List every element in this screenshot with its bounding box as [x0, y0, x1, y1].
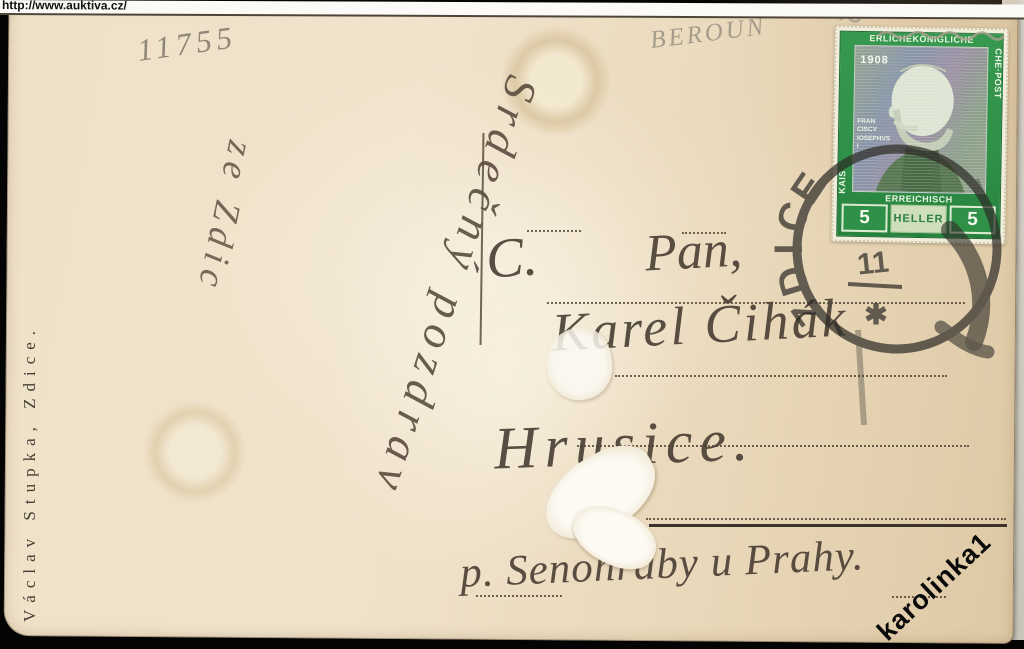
stamp-value-right: 5 — [949, 206, 995, 235]
stamp-value-row: 5 HELLER 5 — [841, 204, 995, 235]
stamp-frame: ERLICHEKÖNIGLICHE KAIS CHE·POST ERREICHI… — [836, 31, 1004, 240]
stamp-currency: HELLER — [890, 205, 946, 234]
paper-stain-left — [143, 400, 247, 504]
stamp-inscription-top: ERLICHEKÖNIGLICHE — [841, 34, 1003, 46]
emperor-portrait-icon — [853, 46, 988, 193]
postage-stamp: ERLICHEKÖNIGLICHE KAIS CHE·POST ERREICHI… — [831, 25, 1009, 244]
address-dotted-line — [646, 518, 1006, 520]
address-honorific: Pan, — [644, 220, 744, 284]
stamp-portrait-franz-joseph: 1908 FRAN CISCV IOSEPHVS I — [852, 45, 989, 194]
address-dotted-line — [615, 375, 947, 377]
publisher-imprint: Václav Stupka, Zdice. — [20, 324, 40, 622]
address-solid-line — [649, 524, 1007, 527]
stamp-value-left: 5 — [841, 204, 887, 233]
address-salutation: C. — [484, 224, 540, 291]
scanned-postcard-photo: Václav Stupka, Zdice. Srdečný pozdrav ze… — [0, 0, 1024, 649]
caption-line: FRAN — [857, 118, 890, 127]
stamp-inscription-left: KAIS — [838, 46, 850, 194]
caption-line: IOSEPHVS — [857, 135, 890, 144]
caption-line: I — [857, 143, 890, 152]
auction-url-text: http://www.auktiva.cz/ — [2, 0, 127, 13]
stamp-inscription-right: CHE·POST — [991, 48, 1003, 196]
stamp-year: 1908 — [860, 54, 889, 66]
stamp-portrait-caption: FRAN CISCV IOSEPHVS I — [857, 118, 891, 152]
caption-line: CISCV — [857, 126, 890, 135]
